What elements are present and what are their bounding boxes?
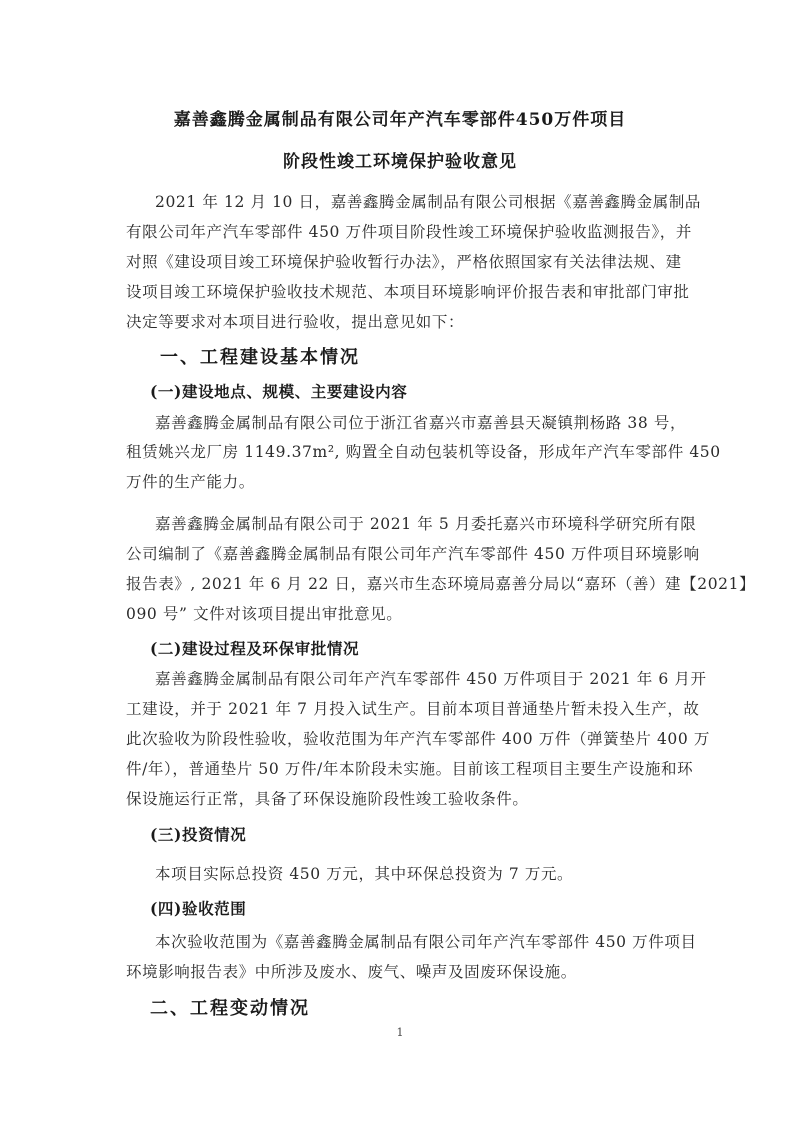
section2-heading: 二、工程变动情况: [150, 994, 310, 1020]
sub1-para2-line: 090 号” 文件对该项目提出审批意见。: [126, 602, 676, 624]
sub2-para-line: 件/年），普通垫片 50 万件/年本阶段未实施。目前该工程项目主要生产设施和环: [126, 757, 676, 779]
intro-line: 决定等要求对本项目进行验收，提出意见如下：: [126, 310, 676, 332]
sub2-para-line: 工建设，并于 2021 年 7 月投入试生产。目前本项目普通垫片暂未投入生产，故: [126, 697, 676, 719]
sub1-para1-line: 租赁姚兴龙厂房 1149.37m², 购置全自动包装机等设备，形成年产汽车零部件…: [126, 440, 676, 462]
sub1-para2-line: 公司编制了《嘉善鑫腾金属制品有限公司年产汽车零部件 450 万件项目环境影响: [126, 542, 676, 564]
section1-heading: 一、工程建设基本情况: [160, 343, 360, 369]
sub1-para1-line: 嘉善鑫腾金属制品有限公司位于浙江省嘉兴市嘉善县天凝镇荆杨路 38 号，: [155, 411, 676, 433]
sub1-para2-line: 报告表》, 2021 年 6 月 22 日，嘉兴市生态环境局嘉善分局以“嘉环（善…: [126, 572, 676, 594]
sub2-heading: (二)建设过程及环保审批情况: [150, 637, 359, 659]
document-title-line1: 嘉善鑫腾金属制品有限公司年产汽车零部件450万件项目: [0, 105, 800, 130]
sub2-para-line: 保设施运行正常，具备了环保设施阶段性竣工验收条件。: [126, 787, 676, 809]
sub3-para-line: 本项目实际总投资 450 万元，其中环保总投资为 7 万元。: [155, 862, 676, 884]
sub1-para1-line: 万件的生产能力。: [126, 470, 676, 492]
sub1-para2-line: 嘉善鑫腾金属制品有限公司于 2021 年 5 月委托嘉兴市环境科学研究所有限: [155, 512, 676, 534]
intro-line: 2021 年 12 月 10 日，嘉善鑫腾金属制品有限公司根据《嘉善鑫腾金属制品: [155, 190, 676, 212]
sub4-heading: (四)验收范围: [150, 897, 246, 919]
document-title-line2: 阶段性竣工环境保护验收意见: [0, 147, 800, 172]
intro-line: 有限公司年产汽车零部件 450 万件项目阶段性竣工环境保护验收监测报告》，并: [126, 220, 676, 242]
page-number: 1: [0, 1026, 800, 1039]
sub1-heading: (一)建设地点、规模、主要建设内容: [150, 380, 407, 402]
sub4-para-line: 本次验收范围为《嘉善鑫腾金属制品有限公司年产汽车零部件 450 万件项目: [155, 930, 676, 952]
intro-line: 对照《建设项目竣工环境保护验收暂行办法》，严格依照国家有关法律法规、建: [126, 250, 676, 272]
document-page: 嘉善鑫腾金属制品有限公司年产汽车零部件450万件项目 阶段性竣工环境保护验收意见…: [0, 0, 800, 1130]
sub3-heading: (三)投资情况: [150, 823, 246, 845]
sub4-para-line: 环境影响报告表》中所涉及废水、废气、噪声及固废环保设施。: [126, 960, 676, 982]
sub2-para-line: 此次验收为阶段性验收，验收范围为年产汽车零部件 400 万件（弹簧垫片 400 …: [126, 727, 676, 749]
sub2-para-line: 嘉善鑫腾金属制品有限公司年产汽车零部件 450 万件项目于 2021 年 6 月…: [155, 667, 676, 689]
intro-line: 设项目竣工环境保护验收技术规范、本项目环境影响评价报告表和审批部门审批: [126, 280, 676, 302]
